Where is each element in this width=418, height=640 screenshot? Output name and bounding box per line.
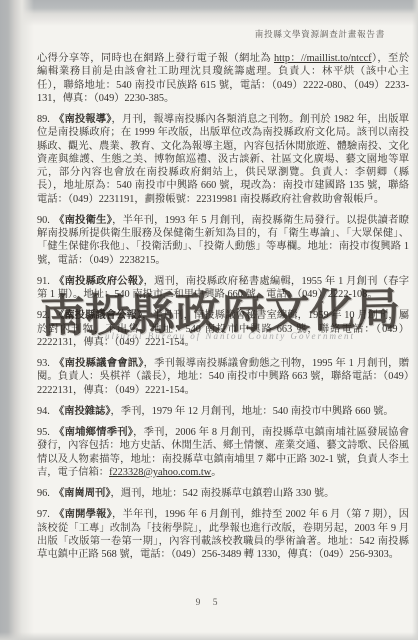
scan-edge-left	[0, 0, 34, 640]
entry-89: 89.《南投報導》，月刊，報導南投縣內各類消息之刊物。創刊於 1982 年，出版…	[37, 113, 409, 206]
entry-number: 90.	[37, 215, 50, 226]
entry-title: 《南埔鄉情季刊》	[54, 427, 133, 438]
intro-text-before: 心得分享等，同時也在網路上發行電子報（網址為	[37, 53, 274, 64]
entry-title: 《南投縣議會公報》	[54, 310, 142, 321]
entry-title: 《南投縣議會會訊》	[54, 358, 144, 369]
entry-number: 92.	[37, 310, 50, 321]
entry-title: 《南開學報》	[54, 509, 112, 520]
page-number: 9 5	[0, 598, 418, 608]
entry-title: 《南投衛生》	[54, 215, 112, 226]
entry-number: 97.	[37, 509, 50, 520]
entry-title: 《南投雜誌》	[54, 406, 111, 417]
entry-text-after: 。	[211, 467, 221, 478]
page-content: 心得分享等，同時也在網路上發行電子報（網址為 http：//maillist.t…	[37, 52, 409, 569]
scanned-page: 南投縣文學資源調查計畫報告書 心得分享等，同時也在網路上發行電子報（網址為 ht…	[0, 0, 418, 640]
entry-title: 《南投縣政府公報》	[54, 276, 144, 287]
scan-edge-bottom	[0, 632, 418, 640]
entry-number: 93.	[37, 358, 50, 369]
entry-96: 96.《南崗周刊》，週刊，地址：542 南投縣草屯鎮碧山路 330 號。	[37, 487, 409, 500]
email-text: f223328@yahoo.com.tw	[109, 467, 211, 478]
newsletter-url-text: http：//maillist.to/ntccf	[274, 53, 372, 64]
entry-text: ，週刊，地址：542 南投縣草屯鎮碧山路 330 號。	[111, 488, 335, 499]
entry-97: 97.《南開學報》，半年刊，1996 年 6 月創刊，維持至 2002 年 6 …	[37, 508, 409, 561]
entry-title: 《南投報導》	[54, 114, 112, 125]
entry-number: 96.	[37, 488, 50, 499]
intro-paragraph: 心得分享等，同時也在網路上發行電子報（網址為 http：//maillist.t…	[37, 52, 409, 105]
entry-number: 89.	[37, 114, 50, 125]
entry-text: ，季刊，1979 年 12 月創刊，地址：540 南投市中興路 660 號。	[111, 406, 394, 417]
entry-91: 91.《南投縣政府公報》，週刊，南投縣政府秘書處編輯，1955 年 1 月創刊（…	[37, 275, 409, 302]
entry-number: 91.	[37, 276, 50, 287]
entry-92: 92.《南投縣議會公報》，半月刊，南投縣議會秘書室編輯，1959 年 10 月創…	[37, 309, 409, 349]
scan-edge-right	[412, 0, 418, 640]
entry-90: 90.《南投衛生》，半年刊，1993 年 5 月創刊，南投縣衛生局發行。以提供讀…	[37, 214, 409, 267]
entry-93: 93.《南投縣議會會訊》，季刊報導南投縣議會動態之刊物，1995 年 1 月創刊…	[37, 357, 409, 397]
entry-text: ，月刊，報導南投縣內各類消息之刊物。創刊於 1982 年，出版單位是南投縣政府；…	[37, 114, 409, 205]
entry-95: 95.《南埔鄉情季刊》，季刊，2006 年 8 月創刊，南投縣草屯鎮南埔社區發展…	[37, 426, 409, 479]
entry-title: 《南崗周刊》	[54, 488, 111, 499]
running-header: 南投縣文學資源調查計畫報告書	[255, 28, 385, 40]
entry-number: 95.	[37, 427, 50, 438]
scan-edge-top	[0, 0, 418, 26]
entry-94: 94.《南投雜誌》，季刊，1979 年 12 月創刊，地址：540 南投市中興路…	[37, 405, 409, 418]
entry-number: 94.	[37, 406, 50, 417]
